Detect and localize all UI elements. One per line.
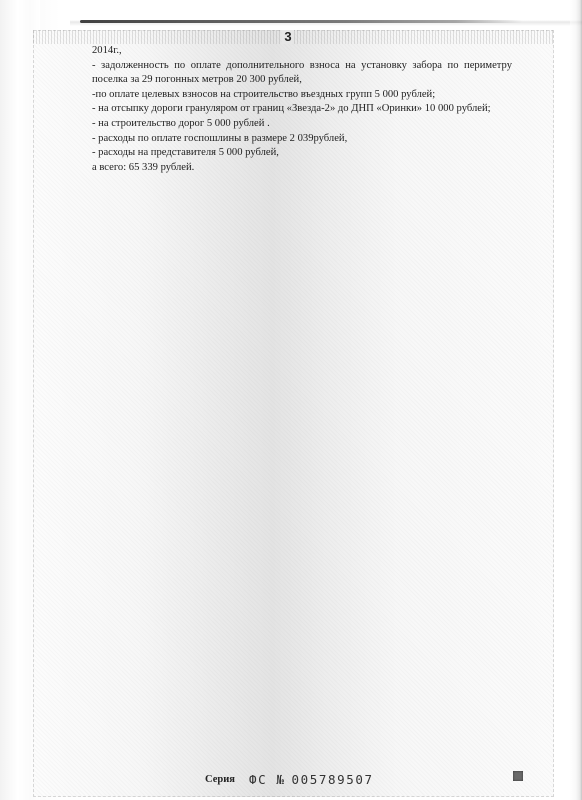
form-series-footer: Серия ФС № 005789507 <box>205 771 374 787</box>
page-number: 3 <box>282 30 294 44</box>
text-line: - на отсыпку дороги грануляром от границ… <box>92 102 512 117</box>
document-body: 2014г., - задолженность по оплате дополн… <box>92 44 512 175</box>
text-line: - расходы на представителя 5 000 рублей, <box>92 146 512 161</box>
series-code: ФС № <box>249 772 286 787</box>
text-line: а всего: 65 339 рублей. <box>92 161 512 176</box>
text-line: -по оплате целевых взносов на строительс… <box>92 88 512 103</box>
scan-right-edge <box>570 0 582 800</box>
series-number: 005789507 <box>291 772 373 787</box>
text-line: поселка за 29 погонных метров 20 300 руб… <box>92 73 512 88</box>
text-line: - на строительство дорог 5 000 рублей . <box>92 117 512 132</box>
series-label: Серия <box>205 774 235 785</box>
security-mark-icon <box>513 771 523 781</box>
text-line: - расходы по оплате госпошлины в размере… <box>92 132 512 147</box>
scan-top-edge <box>70 0 582 26</box>
text-line: - задолженность по оплате дополнительног… <box>92 59 512 74</box>
text-line: 2014г., <box>92 44 512 59</box>
